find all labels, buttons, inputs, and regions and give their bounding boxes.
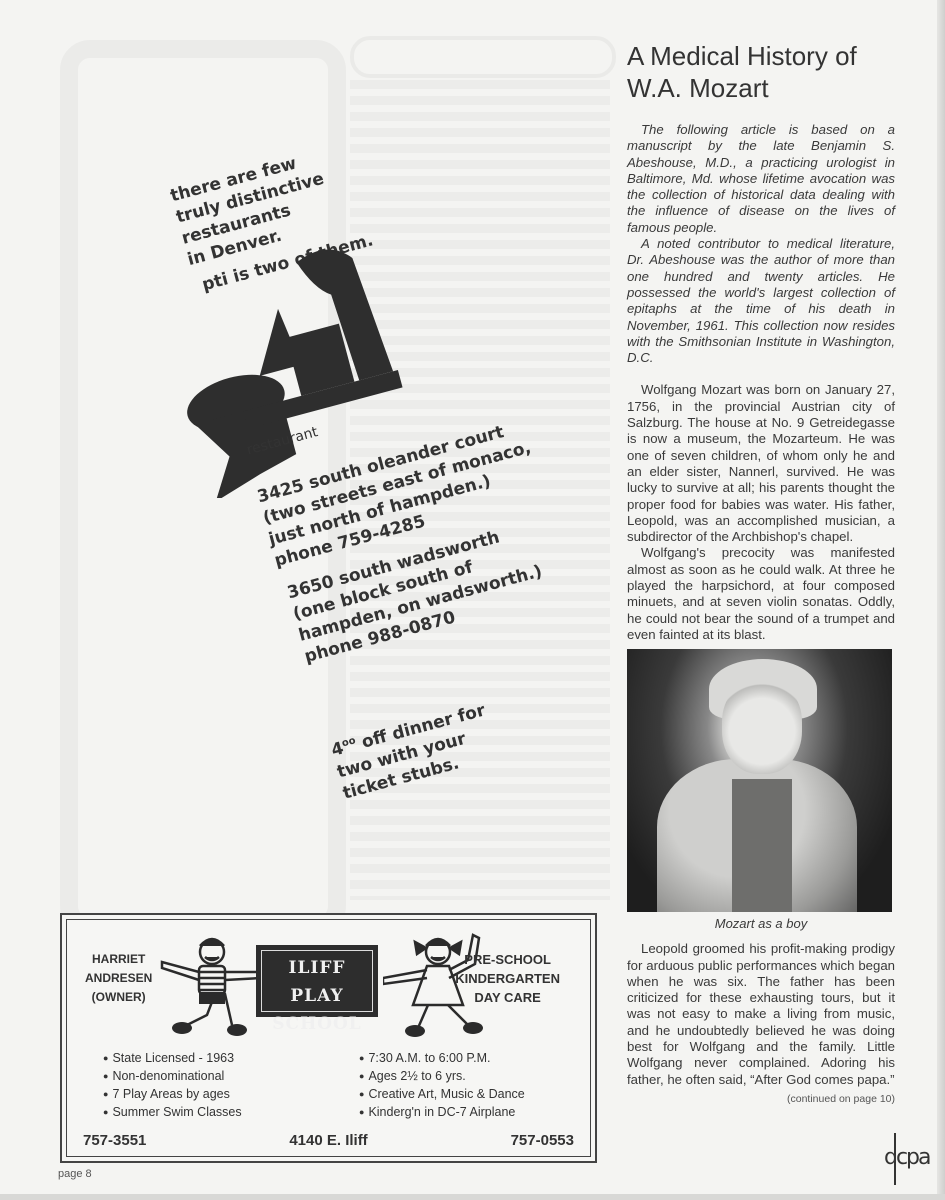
feature-item: Ages 2½ to 6 yrs. [359, 1068, 525, 1086]
school-contact-row: 757-3551 4140 E. Iliff 757-0553 [83, 1132, 574, 1149]
features-list-left: State Licensed - 1963 Non-denominational… [103, 1050, 242, 1122]
article-title: A Medical History of W.A. Mozart [627, 40, 895, 104]
restaurant-ad: there are fewtruly distinctiverestaurant… [0, 0, 610, 900]
ad-inner-border: HARRIETANDRESEN(OWNER) ILIFF PLAYSCHOOL [66, 919, 591, 1157]
closing-paragraph: Leopold groomed his profit-making prodig… [627, 941, 895, 1088]
continued-note: (continued on page 10) [773, 1091, 895, 1107]
phone-left: 757-3551 [83, 1132, 146, 1149]
intro-paragraph: A noted contributor to medical literatur… [627, 236, 895, 366]
photo-caption: Mozart as a boy [627, 916, 895, 931]
play-school-ad: HARRIETANDRESEN(OWNER) ILIFF PLAYSCHOOL [60, 913, 597, 1163]
school-name-sign: ILIFF PLAYSCHOOL [256, 945, 378, 1017]
feature-item: State Licensed - 1963 [103, 1050, 242, 1068]
article-column: A Medical History of W.A. Mozart The fol… [627, 40, 895, 1107]
school-address: 4140 E. Iliff [289, 1132, 367, 1149]
dcpa-logo: dcpa [884, 1145, 930, 1170]
feature-item: Kinderg'n in DC-7 Airplane [359, 1104, 525, 1122]
boy-cartoon-icon [157, 930, 267, 1040]
phone-right: 757-0553 [511, 1132, 574, 1149]
body-paragraph: Wolfgang's precocity was manifested almo… [627, 545, 895, 643]
feature-item: 7:30 A.M. to 6:00 P.M. [359, 1050, 525, 1068]
page-edge [937, 0, 945, 1200]
mozart-portrait-photo [627, 649, 892, 912]
feature-item: 7 Play Areas by ages [103, 1086, 242, 1104]
features-list-right: 7:30 A.M. to 6:00 P.M. Ages 2½ to 6 yrs.… [359, 1050, 525, 1122]
services-offered: PRE-SCHOOLKINDERGARTENDAY CARE [455, 950, 560, 1007]
page-bottom-edge [0, 1194, 945, 1200]
feature-item: Creative Art, Music & Dance [359, 1086, 525, 1104]
feature-item: Non-denominational [103, 1068, 242, 1086]
page-number: page 8 [58, 1168, 92, 1180]
dinner-offer: 4oo off dinner fortwo with yourticket st… [328, 696, 499, 804]
body-paragraph: Wolfgang Mozart was born on January 27, … [627, 382, 895, 545]
owner-name: HARRIETANDRESEN(OWNER) [85, 950, 152, 1007]
feature-item: Summer Swim Classes [103, 1104, 242, 1122]
intro-paragraph: The following article is based on a manu… [627, 122, 895, 236]
